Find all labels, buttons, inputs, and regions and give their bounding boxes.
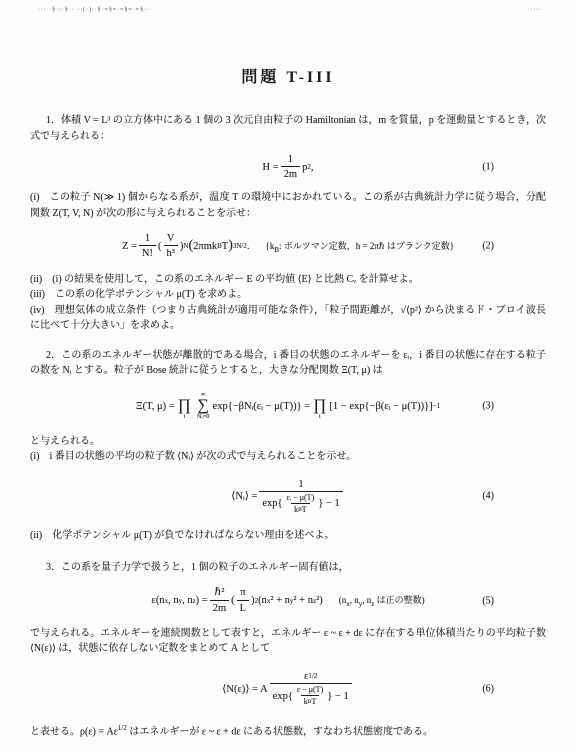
product-operator: ∏ i	[313, 392, 326, 421]
equation-5: ε(nx, ny, nz) = ℏ² 2m ( π L )2 (nx² + ny…	[30, 586, 546, 614]
math-token: ² + n	[293, 595, 313, 606]
after-equation-3-text: と与えられる。	[30, 434, 546, 450]
problem-1-part-iii: (iii) この系の化学ポテンシャル μ(T) を求めよ。	[30, 287, 546, 303]
equation-3: Ξ(T, μ) = ∏ i ∞ ∑ Nᵢ=0 exp{−βNᵢ(εᵢ − μ(T…	[30, 392, 546, 421]
closing-note-text: はエネルギーが ε ~ ε + dε にある状態数，すなわち状態密度である。	[127, 726, 433, 737]
math-superscript: 3N/2	[233, 242, 247, 250]
math-token: } − 1	[318, 497, 339, 510]
fraction-denominator: N!	[139, 245, 156, 260]
equation-4: ⟨Nᵢ⟩ = 1 exp{ εᵢ − μ(T) kBT } − 1	[30, 478, 546, 516]
math-token: 2πmk	[193, 241, 217, 252]
equation-3-body: Ξ(T, μ) = ∏ i ∞ ∑ Nᵢ=0 exp{−βNᵢ(εᵢ − μ(T…	[136, 392, 440, 421]
math-superscript: −1	[433, 402, 440, 410]
fraction-numerator: ℏ²	[211, 586, 227, 599]
fraction-denominator: 2m	[210, 600, 229, 615]
fraction-numerator: 1	[142, 232, 153, 245]
fraction-numerator: ε1/2	[301, 670, 320, 683]
math-token: ,	[311, 162, 314, 173]
denominator-expression: exp{ εᵢ − μ(T) kBT } − 1	[262, 493, 339, 516]
math-token: (	[158, 241, 162, 252]
math-token: T	[311, 697, 316, 707]
equation-5-body: ε(nx, ny, nz) = ℏ² 2m ( π L )2 (nx² + ny…	[151, 586, 424, 614]
equation-6: ⟨N(ε)⟩ = A ε1/2 exp{ ε − μ(T) kBT }	[30, 670, 546, 708]
math-token: : ボルツマン定数，h = 2πℏ はプランク定数}	[279, 241, 454, 251]
math-token: ² + n	[270, 595, 290, 606]
equation-number-2: (2)	[482, 241, 494, 252]
fraction-denominator: L	[237, 600, 249, 615]
closing-note: と表せる。ρ(ε) = Aε1/2 はエネルギーが ε ~ ε + dε にある…	[30, 721, 546, 740]
math-token: , n	[182, 595, 193, 606]
header-left-text: ·:· ·§·:·§·· ·:(·):·§·≈§≈·≈§≈·≈§··	[38, 6, 150, 16]
equation-1: H = 1 2m p2, (1)	[30, 153, 546, 181]
math-superscript: 1/2	[308, 672, 317, 681]
closing-note-text: と表せる。ρ(ε) = Aε	[30, 726, 118, 737]
problem-2-part-ii: (ii) 化学ポテンシャル μ(T) が負でなければならない理由を述べよ。	[30, 528, 546, 544]
math-token: (	[231, 595, 235, 606]
equation-2-body: Z = 1 N! ( V h³ )N ( 2πmkBT )3N/2 . {kB:…	[122, 232, 454, 260]
sum-operator: ∞ ∑ Nᵢ=0	[197, 392, 210, 421]
product-symbol: ∏	[178, 398, 191, 414]
fraction-denominator: h³	[164, 245, 178, 260]
fraction-denominator: exp{ εᵢ − μ(T) kBT } − 1	[259, 491, 342, 516]
fraction: 1 exp{ εᵢ − μ(T) kBT } − 1	[259, 478, 342, 516]
math-token: Ξ(T, μ) =	[136, 401, 175, 412]
equation-number-3: (3)	[482, 401, 494, 412]
problem-2-part-i: (i) i 番目の状態の平均の粒子数 ⟨Nᵢ⟩ が次の式で与えられることを示せ。	[30, 449, 546, 465]
math-token: [1 − exp{−β(εᵢ − μ(T))}]	[329, 401, 432, 412]
equation-5-note: (nx, ny, nz は正の整数)	[339, 593, 425, 608]
fraction: 1 N!	[139, 232, 156, 260]
fraction: ℏ² 2m	[210, 586, 229, 614]
operator-lower-limit: Nᵢ=0	[197, 414, 210, 421]
math-token: T	[302, 505, 307, 515]
math-token: は正の整数)	[374, 595, 424, 605]
scan-header: ·:· ·§·:·§·· ·:(·):·§·≈§≈·≈§≈·≈§·· ·:··	[30, 6, 546, 16]
math-token: , n	[362, 595, 371, 605]
math-token: ²)	[316, 595, 323, 606]
problem-1-intro: 1．体積 V = L³ の立方体中にある 1 個の 3 次元自由粒子の Hami…	[30, 113, 546, 144]
fraction-denominator: 2m	[281, 166, 300, 181]
equation-number-1: (1)	[482, 162, 494, 173]
math-token: , n	[350, 595, 359, 605]
fraction-numerator: 1	[295, 478, 306, 491]
equation-6-body: ⟨N(ε)⟩ = A ε1/2 exp{ ε − μ(T) kBT }	[222, 670, 353, 708]
problem-1-part-i: (i) この粒子 N(≫ 1) 個からなる系が，温度 T の環境中におかれている…	[30, 190, 546, 221]
math-token: , n	[168, 595, 179, 606]
product-symbol: ∏	[313, 398, 326, 414]
fraction: π L	[237, 586, 249, 614]
equation-number-6: (6)	[482, 683, 494, 694]
fraction: V h³	[164, 232, 178, 260]
sum-symbol: ∑	[198, 398, 209, 414]
math-token: } − 1	[327, 690, 348, 703]
fraction-denominator: kBT	[291, 503, 310, 515]
equation-number-4: (4)	[482, 491, 494, 502]
problem-3-continuation: で与えられる。エネルギーを連続関数として表すと，エネルギー ε ~ ε + dε…	[30, 626, 546, 657]
fraction-numerator: ε − μ(T)	[294, 685, 326, 695]
page-title: 問題 T-III	[30, 64, 546, 87]
inner-fraction: εᵢ − μ(T) kBT	[284, 493, 318, 516]
math-token: (n	[258, 595, 267, 606]
fraction-numerator: π	[237, 586, 248, 599]
math-token: ) =	[196, 595, 208, 606]
equation-2: Z = 1 N! ( V h³ )N ( 2πmkBT )3N/2 . {kB:…	[30, 232, 546, 260]
operator-lower-limit: i	[183, 414, 185, 421]
math-superscript: 1/2	[118, 724, 127, 732]
fraction-denominator: kBT	[301, 695, 320, 707]
header-right-text: ·:··	[530, 6, 542, 16]
problem-1-part-iv: (iv) 理想気体の成立条件（つまり古典統計が適用可能な条件），「粒子間距離が，…	[30, 303, 546, 334]
problem-2-intro: 2．この系のエネルギー状態が離散的である場合，i 番目の状態のエネルギーを εᵢ…	[30, 348, 546, 379]
equation-1-body: H = 1 2m p2,	[263, 153, 314, 181]
problem-1-part-ii: (ii) (i) の結果を使用して，この系のエネルギー E の平均値 ⟨E⟩ と…	[30, 272, 546, 288]
operator-lower-limit: i	[319, 414, 321, 421]
equation-number-5: (5)	[482, 595, 494, 606]
math-token: ε(n	[151, 595, 164, 606]
math-token: exp{−βNᵢ(εᵢ − μ(T))} =	[213, 401, 311, 412]
math-token: H =	[263, 162, 279, 173]
problem-3-intro: 3．この系を量子力学で扱うと，1 個の粒子のエネルギー固有値は，	[30, 560, 546, 576]
product-operator: ∏ i	[178, 392, 191, 421]
denominator-expression: exp{ ε − μ(T) kBT } − 1	[273, 685, 349, 708]
fraction: ε1/2 exp{ ε − μ(T) kBT } − 1	[270, 670, 352, 708]
math-token: {k	[266, 241, 275, 251]
fraction: 1 2m	[281, 153, 300, 181]
math-token: ⟨N(ε)⟩ = A	[222, 683, 267, 695]
fraction-numerator: V	[164, 232, 178, 245]
fraction-numerator: 1	[285, 153, 296, 166]
math-token: exp{	[262, 497, 282, 510]
inner-fraction: ε − μ(T) kBT	[294, 685, 326, 708]
equation-4-body: ⟨Nᵢ⟩ = 1 exp{ εᵢ − μ(T) kBT } − 1	[231, 478, 344, 516]
fraction-numerator: εᵢ − μ(T)	[284, 493, 318, 503]
math-token: Z =	[122, 241, 137, 252]
math-token: ⟨Nᵢ⟩ =	[231, 490, 257, 502]
scanned-exam-page: ·:· ·§·:·§·· ·:(·):·§·≈§≈·≈§≈·≈§·· ·:·· …	[0, 0, 576, 752]
math-token: .	[247, 241, 250, 252]
equation-2-note: {kB: ボルツマン定数，h = 2πℏ はプランク定数}	[266, 239, 455, 254]
fraction-denominator: exp{ ε − μ(T) kBT } − 1	[270, 683, 352, 708]
math-token: exp{	[273, 690, 293, 703]
